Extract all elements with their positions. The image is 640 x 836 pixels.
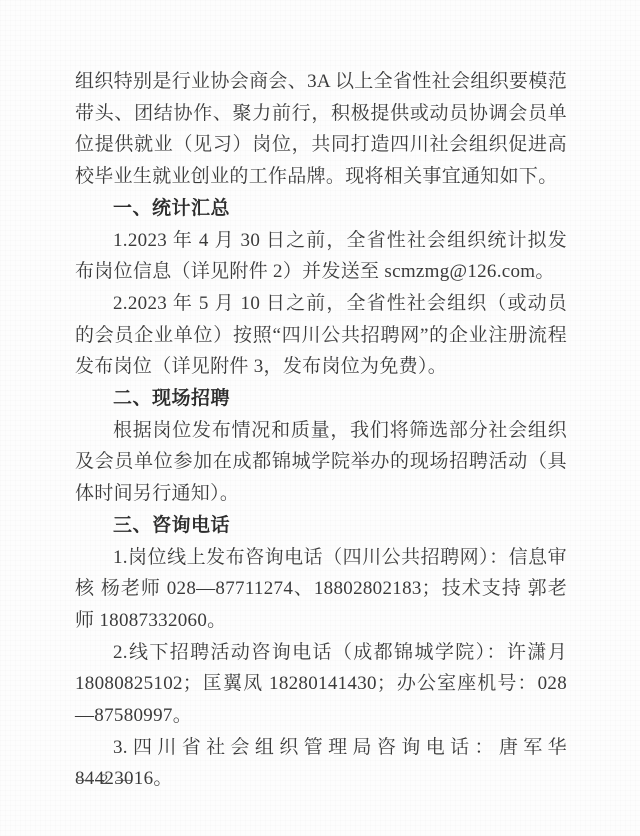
document-page: 组织特别是行业协会商会、3A 以上全省性社会组织要模范带头、团结协作、聚力前行，… <box>0 0 640 836</box>
section-heading-consultation-phone: 三、咨询电话 <box>75 510 567 542</box>
document-body: 组织特别是行业协会商会、3A 以上全省性社会组织要模范带头、团结协作、聚力前行，… <box>0 0 640 795</box>
section-heading-onsite-recruitment: 二、现场招聘 <box>75 383 567 415</box>
paragraph-onsite-recruitment-1: 根据岗位发布情况和质量，我们将筛选部分社会组织及会员单位参加在成都锦城学院举办的… <box>75 415 567 510</box>
paragraph-consultation-1: 1.岗位线上发布咨询电话（四川公共招聘网）：信息审核 杨老师 028—87711… <box>75 542 567 637</box>
page-number: — 2 — <box>78 770 133 790</box>
paragraph-consultation-2: 2.线下招聘活动咨询电话（成都锦城学院）：许潇月 18080825102；匡翼凤… <box>75 637 567 732</box>
intro-paragraph: 组织特别是行业协会商会、3A 以上全省性社会组织要模范带头、团结协作、聚力前行，… <box>75 66 567 193</box>
paragraph-consultation-3: 3.四川省社会组织管理局咨询电话：唐军华 84423016。 <box>75 732 567 795</box>
paragraph-statistics-1: 1.2023 年 4 月 30 日之前，全省性社会组织统计拟发布岗位信息（详见附… <box>75 225 567 288</box>
section-heading-statistics: 一、统计汇总 <box>75 193 567 225</box>
paragraph-statistics-2: 2.2023 年 5 月 10 日之前，全省性社会组织（或动员的会员企业单位）按… <box>75 288 567 383</box>
